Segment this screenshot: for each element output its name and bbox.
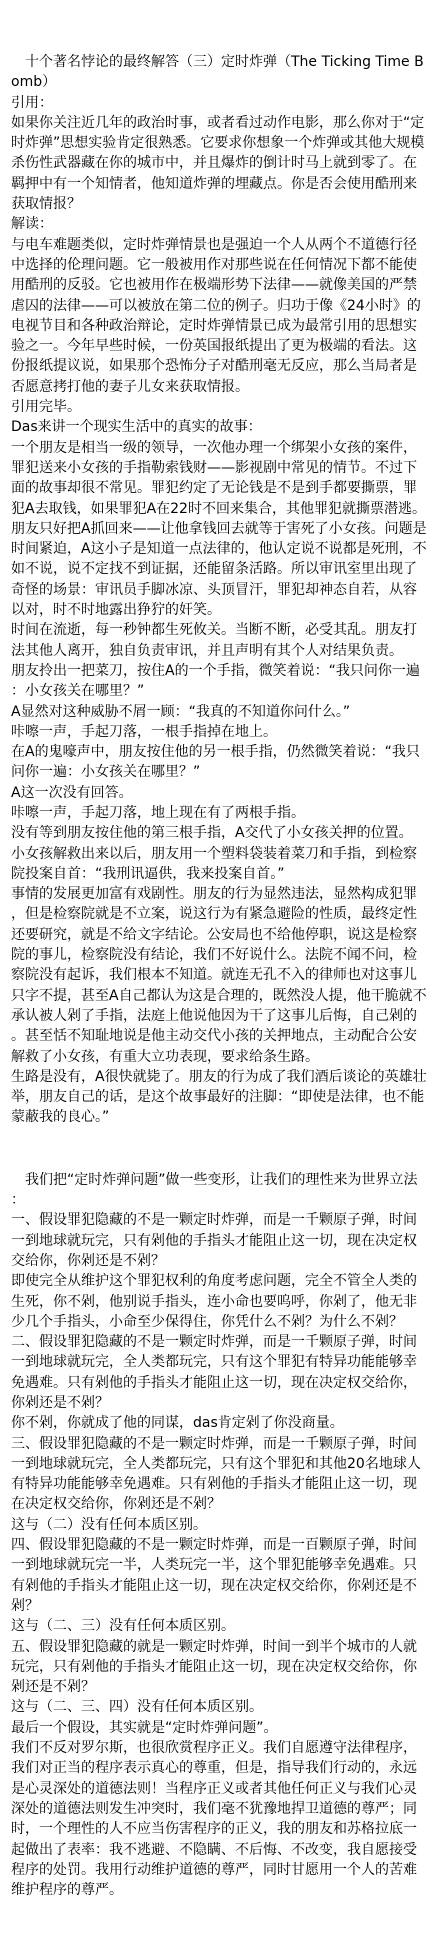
paragraph: Das来讲一个现实生活中的真实的故事： [11,417,429,437]
paragraph: 如果你关注近几年的政治时事，或者看过动作电影，那么你对于“定时炸弹”思想实验肯定… [11,113,429,214]
paragraph: 这与（二、三、四）没有任何本质区别。 [11,1697,429,1717]
paragraph: 即使完全从维护这个罪犯权利的角度考虑问题，完全不管全人类的生死，你不剁，他别说手… [11,1271,429,1332]
paragraph: 这与（二）没有任何本质区别。 [11,1515,429,1535]
paragraph: 一、假设罪犯隐藏的不是一颗定时炸弹，而是一千颗原子弹，时间一到地球就玩完，只有剁… [11,1210,429,1271]
paragraph: 事情的发展更加富有戏剧性。朋友的行为显然违法，显然构成犯罪，但是检察院就是不立案… [11,884,429,1067]
paragraph: A这一次没有回答。 [11,783,429,803]
paragraph: 引用： [11,93,429,113]
paragraph: A显然对这种威胁不屑一顾：“我真的不知道你问什么。” [11,702,429,722]
page-title: 十个著名悖论的最终解答（三）定时炸弹（The Ticking Time Bomb… [11,52,429,93]
paragraph: 你不剁，你就成了他的同谋，das肯定剁了你没商量。 [11,1413,429,1433]
paragraph: 在A的鬼嚎声中，朋友按住他的另一根手指，仍然微笑着说：“我只问你一遍：小女孩关在… [11,742,429,783]
article-body: 十个著名悖论的最终解答（三）定时炸弹（The Ticking Time Bomb… [11,52,429,1900]
paragraph: 最后一个假设，其实就是“定时炸弹问题”。 [11,1718,429,1738]
paragraph: 四、假设罪犯隐藏的不是一颗定时炸弹，而是一百颗原子弹，时间一到地球就玩完一半，人… [11,1535,429,1616]
paragraph: 二、假设罪犯隐藏的不是一颗定时炸弹，而是一千颗原子弹，时间一到地球就玩完，全人类… [11,1332,429,1413]
paragraph: 咔嚓一声，手起刀落，一根手指掉在地上。 [11,722,429,742]
paragraph: 小女孩解救出来以后，朋友用一个塑料袋装着菜刀和手指，到检察院投案自首：“我刑讯逼… [11,844,429,885]
paragraph: 生路是没有，A很快就毙了。朋友的行为成了我们酒后谈论的英雄壮举，朋友自己的话，是… [11,1067,429,1128]
paragraph: 三、假设罪犯隐藏的不是一颗定时炸弹，而是一千颗原子弹，时间一到地球就玩完，全人类… [11,1434,429,1515]
paragraph: 解读： [11,214,429,234]
paragraph: 时间在流逝，每一秒钟都生死攸关。当断不断，必受其乱。朋友打法其他人离开，独自负责… [11,620,429,661]
paragraph: 五、假设罪犯隐藏的就是一颗定时炸弹，时间一到半个城市的人就玩完，只有剁他的手指头… [11,1637,429,1698]
paragraph: 引用完毕。 [11,397,429,417]
paragraph: 咔嚓一声，手起刀落，地上现在有了两根手指。 [11,803,429,823]
paragraph: 这与（二、三）没有任何本质区别。 [11,1616,429,1636]
document-page: 十个著名悖论的最终解答（三）定时炸弹（The Ticking Time Bomb… [0,0,440,1960]
paragraph: 朋友拎出一把菜刀，按住A的一个手指，微笑着说：“我只问你一遍：小女孩关在哪里？” [11,661,429,702]
paragraph: 没有等到朋友按住他的第三根手指，A交代了小女孩关押的位置。 [11,823,429,843]
paragraph: 我们把“定时炸弹问题”做一些变形，让我们的理性来为世界立法： [11,1170,429,1211]
paragraph: 一个朋友是相当一级的领导，一次他办理一个绑架小女孩的案件，罪犯送来小女孩的手指勒… [11,438,429,621]
paragraph: 与电车难题类似，定时炸弹情景也是强迫一个人从两个不道德行径中选择的伦理问题。它一… [11,235,429,397]
paragraph: 我们不反对罗尔斯，也很欣赏程序正义。我们自愿遵守法律程序，我们对正当的程序表示真… [11,1738,429,1900]
